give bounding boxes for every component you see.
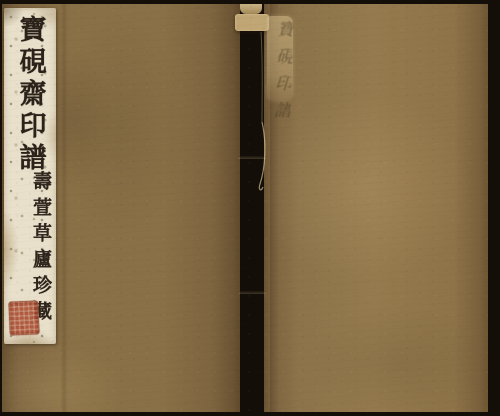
spine-handwritten-label: 寶硯印譜	[266, 14, 296, 138]
title-label: 寶硯齋印譜 壽萱草廬珍藏	[4, 8, 56, 344]
photo-stage: 寶硯齋印譜 壽萱草廬珍藏 寶硯印譜	[0, 0, 500, 416]
title-calligraphy: 寶硯齋印譜	[17, 15, 44, 175]
collector-seal-stamp	[8, 300, 39, 335]
book-cover-photo: 寶硯齋印譜 壽萱草廬珍藏 寶硯印譜	[2, 4, 488, 412]
spine-label-text: 寶硯印譜	[271, 20, 292, 129]
cover-crease-line	[60, 4, 68, 412]
binding-thread	[238, 4, 266, 412]
stitched-spine	[238, 4, 266, 412]
back-cover-panel	[264, 4, 488, 412]
